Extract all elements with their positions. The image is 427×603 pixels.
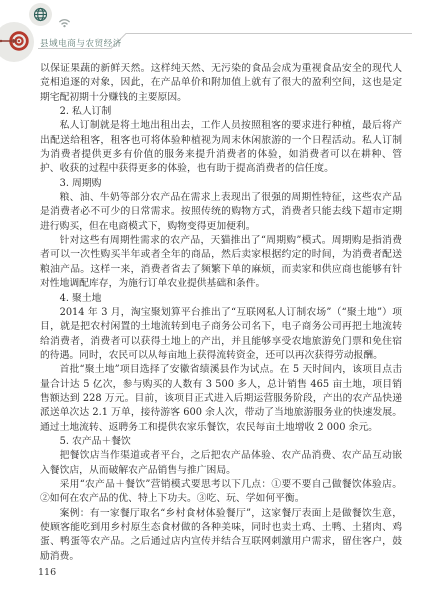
body-paragraph: 针对这些有周期性需求的农产品，天猫推出了“周期购”模式。周期购是指消费者可以一次… [40, 234, 402, 291]
section-heading: 2. 私人订制 [40, 105, 402, 119]
body-paragraph: 粮、油、牛奶等部分农产品在需求上表现出了很强的周期性特征，这些农产品是消费者必不… [40, 191, 402, 234]
section-heading: 3. 周期购 [40, 177, 402, 191]
section-heading: 4. 聚土地 [40, 292, 402, 306]
body-paragraph: 2014 年 3 月，淘宝聚划算平台推出了“互联网私人订制农场”（“聚土地”）项… [40, 306, 402, 363]
body-paragraph: 把餐饮店当作渠道或者平台，之后把农产品体验、农产品消费、农产品互动嵌入餐饮店，从… [40, 449, 402, 478]
book-page: 县域电商与农贸经济 以保证果蔬的新鲜天然。这样纯天然、无污染的食品会成为重视食品… [0, 0, 427, 603]
body-paragraph: 采用“农产品＋餐饮”营销模式要思考以下几点：①要不要自己做餐饮体验店。②如何在农… [40, 478, 402, 507]
running-head-title: 县域电商与农贸经济 [40, 37, 122, 49]
body-paragraph: 首批“聚土地”项目选择了安徽省绩溪县作为试点。在 5 天时间内，该项目点击量合计… [40, 363, 402, 435]
body-paragraph: 案例：有一家餐厅取名“乡村食材体验餐厅”，这家餐厅表面上是做餐饮生意，使顾客能吃… [40, 507, 402, 564]
target-bullseye-icon [0, 22, 34, 62]
body-paragraph: 以保证果蔬的新鲜天然。这样纯天然、无污染的食品会成为重视食品安全的现代人竞相追逐… [40, 62, 402, 105]
page-body: 以保证果蔬的新鲜天然。这样纯天然、无污染的食品会成为重视食品安全的现代人竞相追逐… [40, 62, 402, 564]
section-heading: 5. 农产品＋餐饮 [40, 435, 402, 449]
header-rule-line [0, 0, 427, 60]
wifi-icon [58, 13, 71, 23]
body-paragraph: 私人订制就是将土地出租出去，工作人员按照租客的要求进行种植，最后将产出配送给租客… [40, 119, 402, 176]
page-number: 116 [38, 567, 56, 578]
